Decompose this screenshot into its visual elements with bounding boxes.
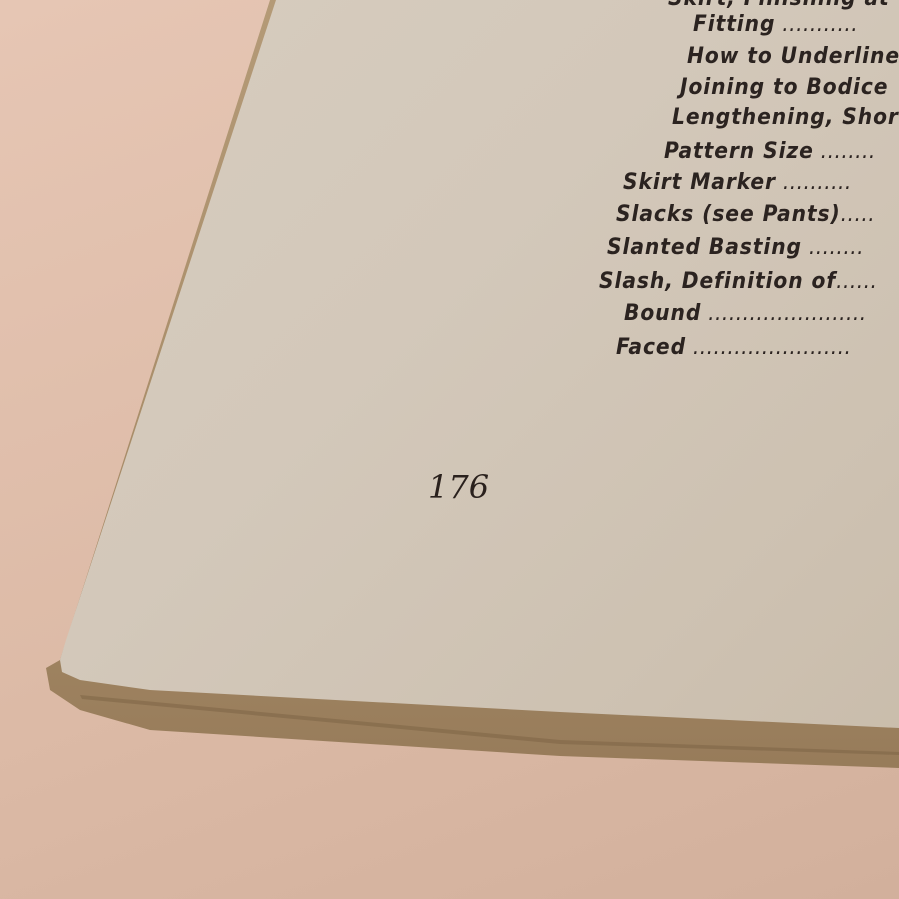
entry-text: Fitting: [693, 12, 775, 37]
entry-text: How to Underline: [687, 44, 899, 69]
index-entry: Slacks (see Pants).....: [616, 202, 875, 227]
index-entry: Pattern Size ........: [664, 139, 876, 164]
entry-text: Faced: [616, 335, 686, 360]
leader-dots: ...........: [775, 12, 858, 37]
index-list: Skirt, Finishing at Fitting ........... …: [0, 0, 899, 899]
index-entry: Bound .......................: [624, 301, 867, 326]
index-entry: Faced .......................: [616, 335, 851, 360]
entry-text: Bound: [624, 301, 701, 326]
index-entry: Skirt, Finishing at: [668, 0, 890, 11]
leader-dots: .......................: [686, 335, 851, 360]
entry-text: Skirt, Finishing at: [668, 0, 890, 11]
entry-text: Slanted Basting: [607, 235, 802, 260]
index-entry: Fitting ...........: [693, 12, 858, 37]
index-entry: Slanted Basting ........: [607, 235, 864, 260]
page-number: 176: [428, 468, 489, 506]
entry-text: Pattern Size: [664, 139, 814, 164]
leader-dots: ..........: [776, 170, 852, 195]
leader-dots: .....: [841, 202, 875, 227]
entry-text: Skirt Marker: [623, 170, 776, 195]
entry-text: Slash, Definition of: [599, 269, 836, 294]
index-entry: Joining to Bodice: [680, 75, 888, 100]
entry-text: Slacks (see Pants): [616, 202, 841, 227]
index-entry: Skirt Marker ..........: [623, 170, 852, 195]
index-entry: Slash, Definition of......: [599, 269, 877, 294]
leader-dots: ........: [814, 139, 876, 164]
leader-dots: ......: [836, 269, 877, 294]
index-entry: How to Underline: [687, 44, 899, 69]
entry-text: Lengthening, Shor: [672, 105, 899, 130]
entry-text: Joining to Bodice: [680, 75, 888, 100]
leader-dots: .......................: [701, 301, 866, 326]
index-entry: Lengthening, Shor: [672, 105, 899, 130]
leader-dots: ........: [802, 235, 864, 260]
